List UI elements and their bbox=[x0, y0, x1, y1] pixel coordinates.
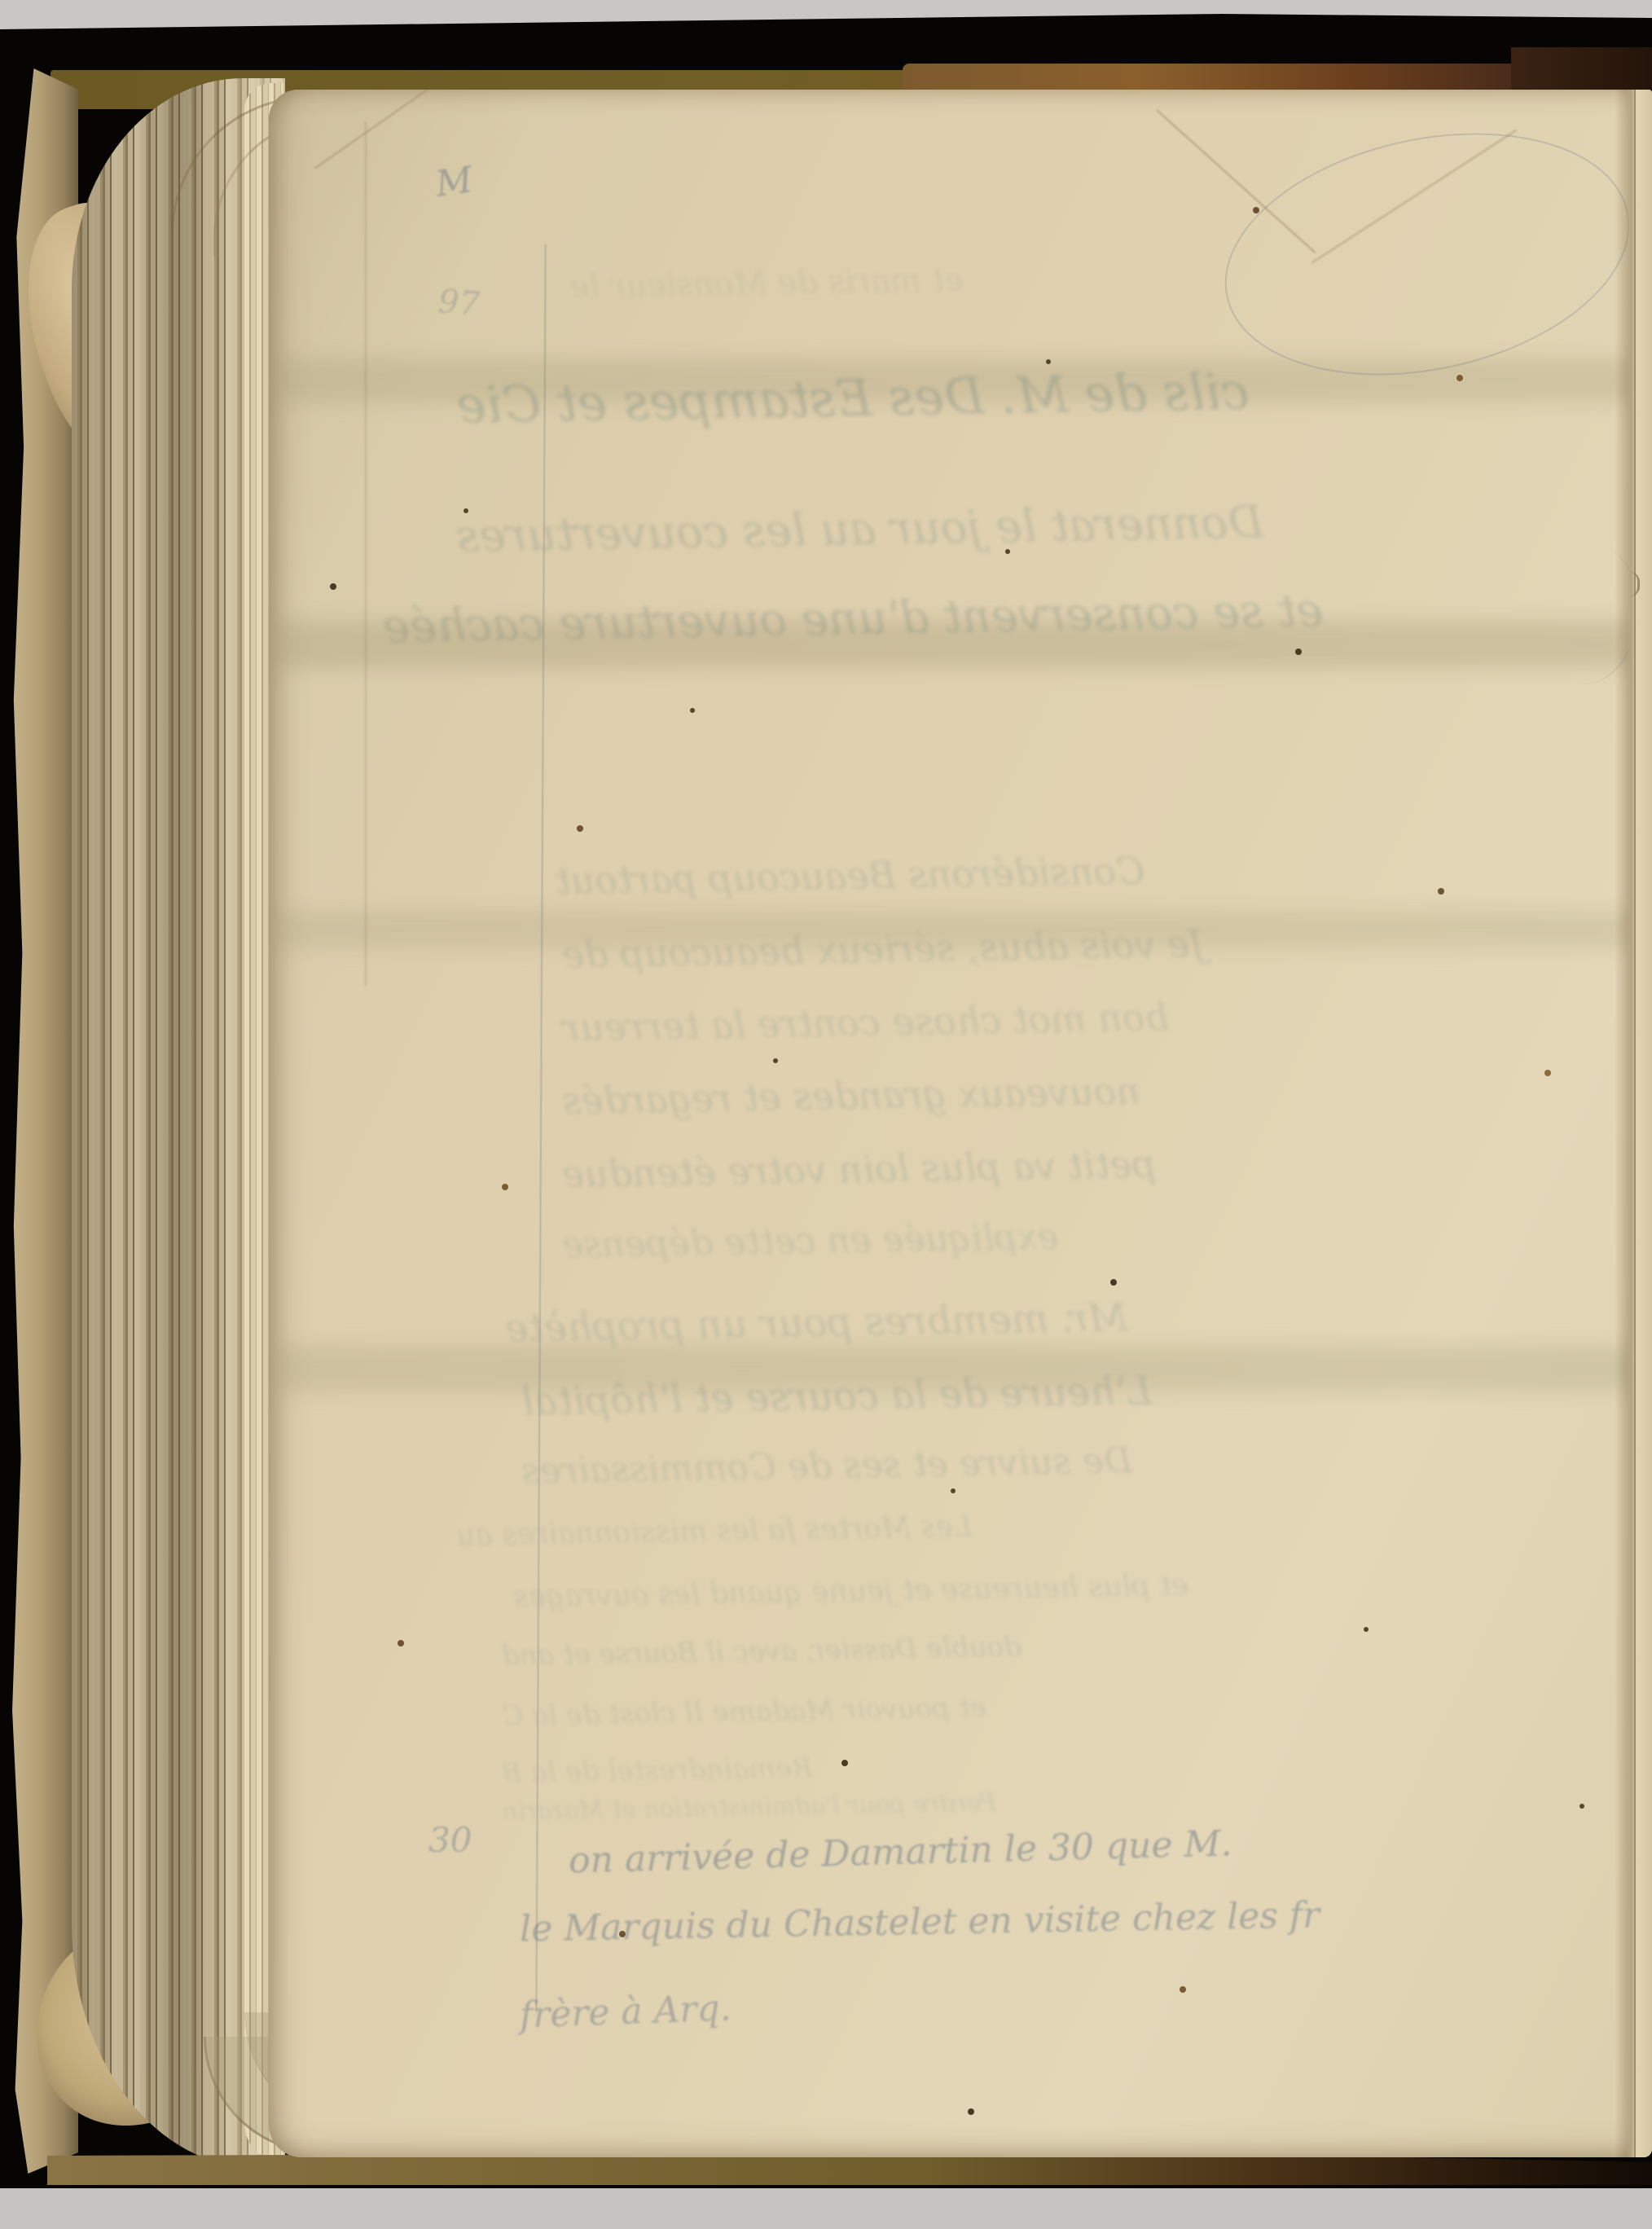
adjacent-leaf-edge-line bbox=[1634, 90, 1636, 2157]
scanner-bed-strip-top bbox=[0, 0, 1652, 33]
leaf-edge-notch bbox=[1624, 572, 1640, 596]
book-scan: et maris de Monsieur le cils de M. Des E… bbox=[0, 0, 1652, 2229]
showthrough-text-line: Mr. membres pour un prophète bbox=[505, 1298, 1129, 1348]
showthrough-text-line: Les Mortes fa les missionnaires au bbox=[456, 1512, 973, 1550]
showthrough-text-line: bon mot chose contre la terreur bbox=[562, 999, 1170, 1047]
book-cover-bottom-edge bbox=[47, 2152, 1652, 2185]
foxing-specks bbox=[269, 90, 272, 93]
adjacent-leaf-edge bbox=[1615, 90, 1652, 2157]
showthrough-text-line: Perdre pour l'administration et Mazarin bbox=[502, 1792, 997, 1825]
manuscript-page: et maris de Monsieur le cils de M. Des E… bbox=[269, 90, 1652, 2157]
showthrough-text-line: et plus heureuse et jeune quand les ouvr… bbox=[513, 1572, 1189, 1612]
vertical-crease bbox=[365, 122, 367, 986]
showthrough-text-line: Je vois abus, sérieux beaucoup de bbox=[562, 925, 1205, 974]
showthrough-text-line: expliquée en cette dépense bbox=[562, 1220, 1059, 1264]
showthrough-text-line: nouveaux grandes et regardés bbox=[562, 1072, 1141, 1119]
showthrough-text-line: double Dassier, avec il Bourse et and bbox=[502, 1633, 1022, 1669]
showthrough-text-line: Considérons Beaucoup partout bbox=[556, 852, 1145, 900]
showthrough-text-line: et pouvoir Madame Il clost de la C bbox=[502, 1694, 986, 1730]
showthrough-text-line: Remaindrestel de la B bbox=[502, 1754, 813, 1787]
pencil-margin-number: 30 bbox=[428, 1823, 472, 1857]
pencil-note-line: le Marquis du Chastelet en visite chez l… bbox=[520, 1897, 1320, 1947]
pencil-note-line: frère à Arq. bbox=[519, 1990, 732, 2033]
showthrough-text-line: et maris de Monsieur le bbox=[570, 264, 964, 303]
fold-crease bbox=[314, 90, 439, 169]
pencil-page-number: 97 bbox=[437, 285, 481, 320]
showthrough-text-line: De suivre et ses de Commissaires bbox=[521, 1443, 1133, 1489]
pencil-mark-letter: M bbox=[433, 162, 475, 203]
showthrough-text-line: cils de M. Des Estampes et Cie bbox=[456, 367, 1250, 431]
showthrough-text-line: petit va plus loin votre étendue bbox=[562, 1145, 1157, 1194]
scanner-bed-strip-bottom bbox=[0, 2188, 1652, 2229]
showthrough-text-line: L'heure de la course et l'hôpital bbox=[521, 1371, 1153, 1422]
showthrough-text-line: Donnerat le jour au les couvertures bbox=[456, 499, 1264, 558]
pencil-note-line: on arrivée de Damartin le 30 que M. bbox=[569, 1826, 1232, 1879]
